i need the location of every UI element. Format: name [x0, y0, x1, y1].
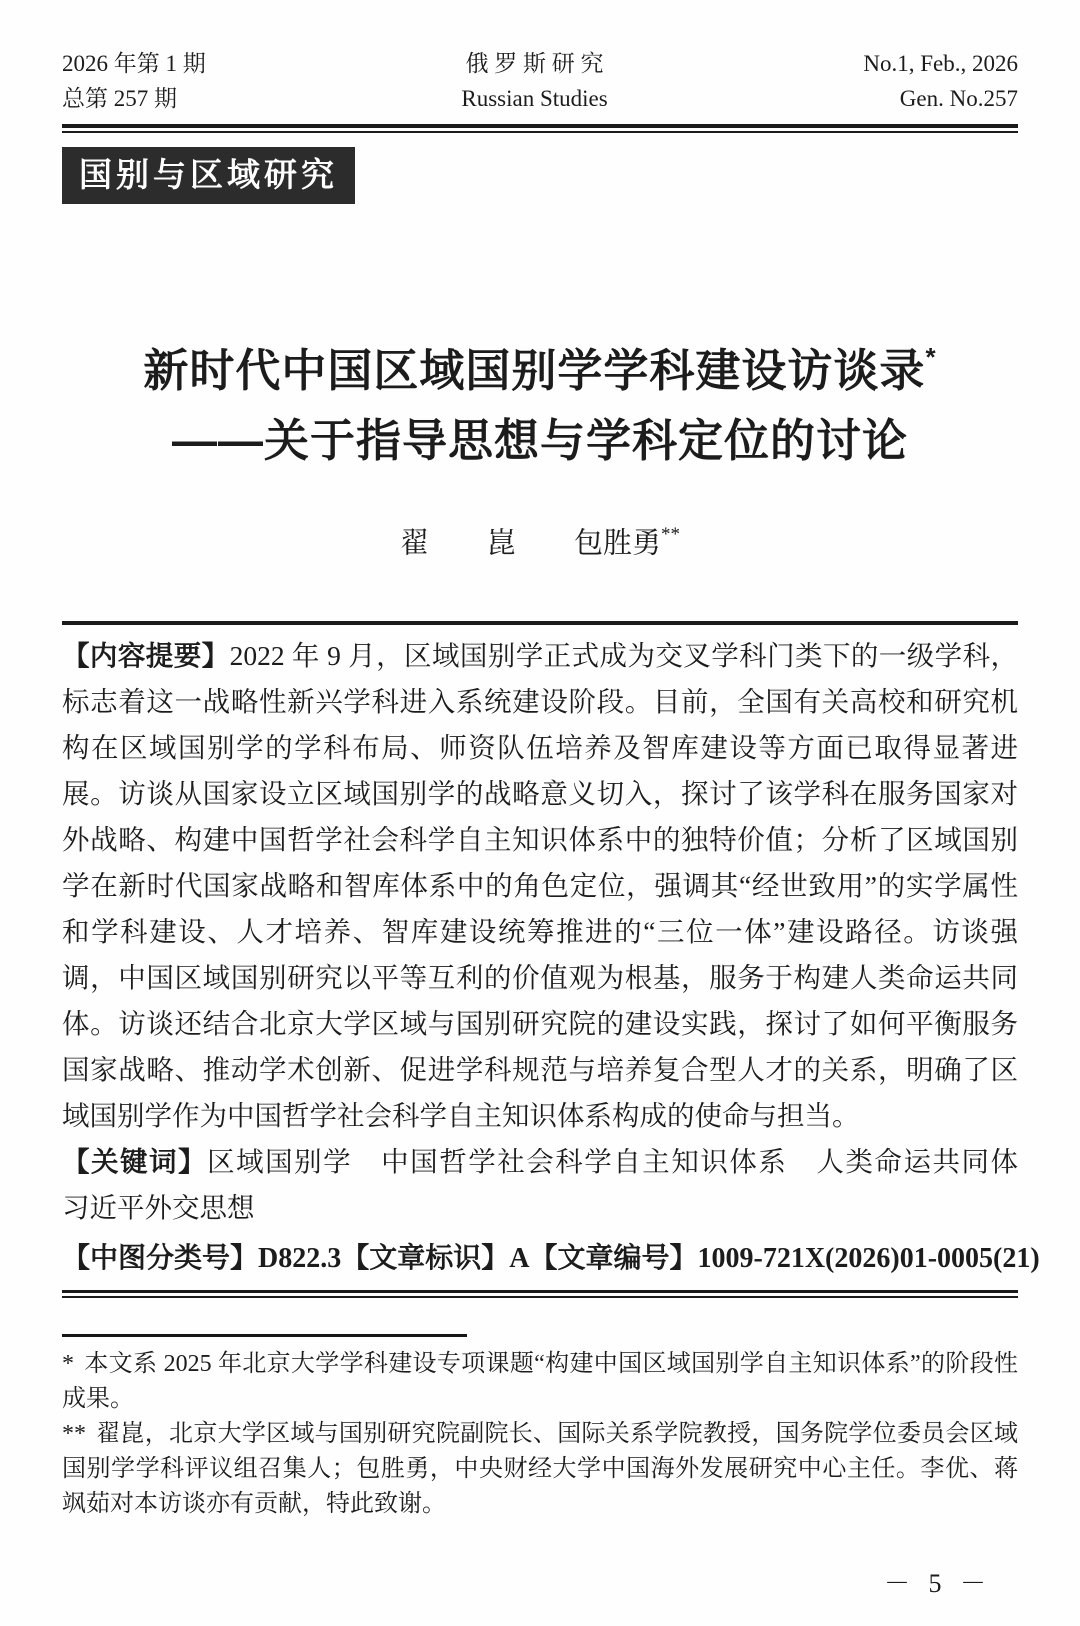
footnote-1-text: 本文系 2025 年北京大学学科建设专项课题“构建中国区域国别学自主知识体系”的…	[62, 1351, 1018, 1412]
issue-cn-line2: 总第 257 期	[62, 81, 206, 116]
issue-cn-line1: 2026 年第 1 期	[62, 46, 206, 81]
page-number: － 5 －	[884, 1563, 992, 1600]
article-title: 新时代中国区域国别学学科建设访谈录*	[62, 326, 1018, 406]
article-id-label: 【文章编号】	[530, 1242, 698, 1273]
article-id-value: 1009-721X(2026)01-0005(21)	[698, 1243, 1040, 1274]
header-issue-en: No.1, Feb., 2026 Gen. No.257	[863, 46, 1018, 116]
footnotes-block: *本文系 2025 年北京大学学科建设专项课题“构建中国区域国别学自主知识体系”…	[62, 1347, 1018, 1522]
issue-en-line1: No.1, Feb., 2026	[863, 46, 1018, 81]
clc-label: 【中图分类号】	[62, 1242, 258, 1273]
authors-footnote-marker: **	[661, 524, 680, 545]
footnote-1-marker: *	[62, 1351, 84, 1377]
footnote-2: **翟崑，北京大学区域与国别研究院副院长、国际关系学院教授，国务院学位委员会区域…	[62, 1417, 1018, 1522]
journal-page: 2026 年第 1 期 总第 257 期 俄 罗 斯 研 究 Russian S…	[0, 0, 1080, 1626]
classification-line: 【中图分类号】D822.3【文章标识】A【文章编号】1009-721X(2026…	[62, 1235, 1018, 1282]
article-subtitle: ——关于指导思想与学科定位的讨论	[62, 406, 1018, 476]
section-badge-row: 国别与区域研究	[62, 147, 1018, 204]
journal-title-cn: 俄 罗 斯 研 究	[461, 46, 607, 81]
doc-type-label: 【文章标识】	[341, 1242, 509, 1273]
header-rule	[62, 124, 1018, 133]
abstract-label: 【内容提要】	[62, 640, 230, 671]
abstract-bottom-rule	[62, 1290, 1018, 1298]
clc-value: D822.3	[258, 1243, 341, 1274]
keywords-text: 区域国别学 中国哲学社会科学自主知识体系 人类命运共同体 习近平外交思想	[62, 1146, 1046, 1223]
footnote-separator	[62, 1334, 467, 1337]
footnote-2-text: 翟崑，北京大学区域与国别研究院副院长、国际关系学院教授，国务院学位委员会区域国别…	[62, 1421, 1018, 1517]
footnote-2-marker: **	[62, 1421, 96, 1447]
header-issue-cn: 2026 年第 1 期 总第 257 期	[62, 46, 206, 116]
footnote-1: *本文系 2025 年北京大学学科建设专项课题“构建中国区域国别学自主知识体系”…	[62, 1347, 1018, 1417]
article-title-text: 新时代中国区域国别学学科建设访谈录	[143, 345, 925, 396]
article-title-block: 新时代中国区域国别学学科建设访谈录* ——关于指导思想与学科定位的讨论	[62, 326, 1018, 476]
journal-header: 2026 年第 1 期 总第 257 期 俄 罗 斯 研 究 Russian S…	[62, 46, 1018, 116]
keywords-paragraph: 【关键词】区域国别学 中国哲学社会科学自主知识体系 人类命运共同体 习近平外交思…	[62, 1139, 1018, 1231]
authors: 翟 崑 包胜勇	[400, 528, 661, 560]
keywords-label: 【关键词】	[62, 1146, 207, 1177]
abstract-top-rule	[62, 621, 1018, 625]
journal-title-en: Russian Studies	[461, 81, 607, 116]
abstract-text: 2022 年 9 月，区域国别学正式成为交叉学科门类下的一级学科，标志着这一战略…	[62, 640, 1018, 1131]
issue-en-line2: Gen. No.257	[863, 81, 1018, 116]
abstract-paragraph: 【内容提要】2022 年 9 月，区域国别学正式成为交叉学科门类下的一级学科，标…	[62, 633, 1018, 1139]
section-badge: 国别与区域研究	[62, 147, 355, 204]
authors-row: 翟 崑 包胜勇**	[62, 516, 1018, 565]
title-footnote-marker: *	[925, 342, 936, 372]
doc-type-value: A	[509, 1243, 529, 1274]
header-journal-title: 俄 罗 斯 研 究 Russian Studies	[461, 46, 607, 116]
